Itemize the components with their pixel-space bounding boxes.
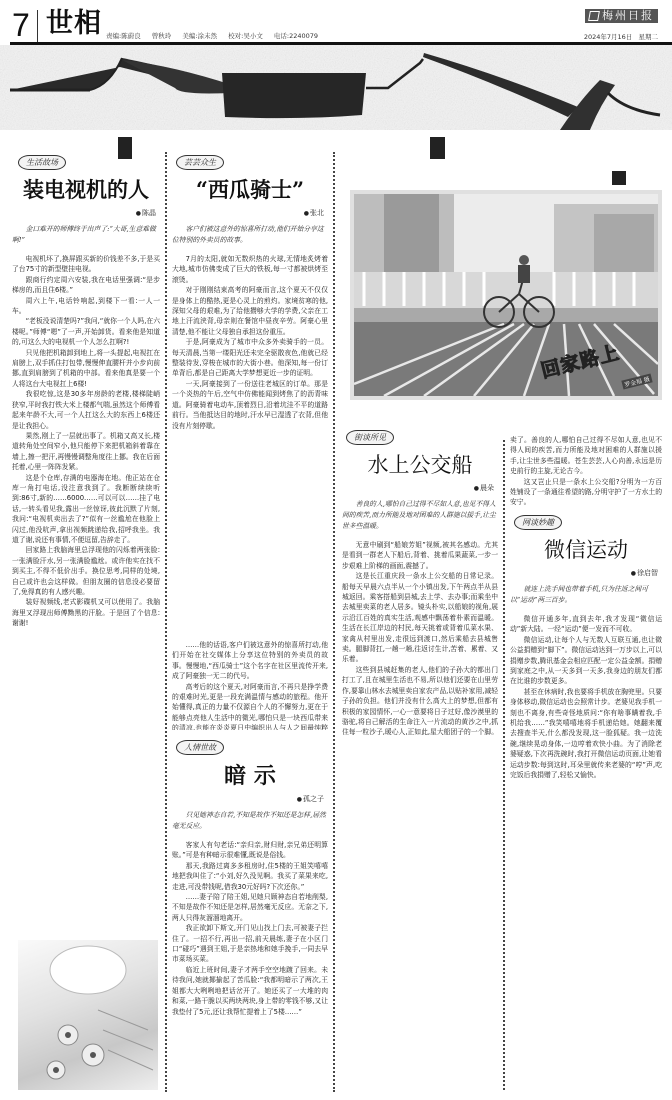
article-body: 7月的太阳,就如无数炽热的火球,无情地炙烤着大地,城市仿佛变成了巨大的铁板,每一… [172, 254, 328, 431]
paragraph: 果然,刚上了一层就出事了。机箱又高又长,楼道转角处空间窄小,他只能停下来把机箱斜… [12, 431, 160, 473]
paragraph: 我正欲卸下斯文,开门见山找上门去,可被妻子拦住了。一招不行,再出一招,前天晨练,… [172, 923, 328, 965]
paragraph: 无意中刷到“船娘芳姐”视频,被其名感动。尤其是看到一群老人下船后,背着、挑着瓜果… [342, 540, 498, 571]
credit-proofreader: 校对:吴小文 [228, 32, 263, 40]
article-byline: 徐启智 [510, 568, 658, 578]
paragraph: 这又岂止只是一条水上公交船?分明为一方百姓铺设了一条通往希望的路,分明守护了一方… [510, 477, 662, 505]
paragraph: 这些到县城赶集的老人,他们的子孙大的都出门打工了,且在城里生活也不易,所以他们还… [342, 665, 498, 738]
article-body: 微信开通多年,直到去年,我才发现“微信运动”新大陆。一经“运动”便一发而不可收。… [510, 614, 662, 781]
paragraph: ……妻子陪了陪王姐,见她只顾神态自若地削梨,不知是故作不知还是怎样,居然毫无反应… [172, 892, 328, 923]
paragraph: 装好视频线,老式影碟机又可以使用了。我脑海里又浮现出师傅黝黑的汗脸。于是回了个信… [12, 597, 160, 628]
column-divider [165, 152, 167, 1092]
column-tag: 生活故场 [18, 155, 66, 170]
paragraph: 跟商行约定周六安装,我在电话里强调:“是步梯房的,而且住6楼。” [12, 275, 160, 296]
credit-editor: 责编:陈蔚良 [106, 32, 141, 40]
issue-date: 2024年7月16日 [584, 33, 632, 41]
newspaper-logo: 梅州日报 [585, 9, 658, 23]
paper-name: 梅州日报 [602, 9, 654, 23]
article-byline: 张北 [172, 208, 324, 218]
article-wechat-steps: 网谈妙趣 微信运动 徐启智 就连上洗手间也带着手机,只为往返之间可以“运动”两三… [510, 510, 662, 1095]
daisy-illustration-icon [18, 940, 158, 1090]
article-headline: 装电视机的人 [12, 174, 160, 204]
paragraph: 周六上午,电话铃响起,到楼下一看:一人一车。 [12, 296, 160, 317]
paragraph: ……他的话语,客户们被这意外的惊喜所打动,他们开始在社交媒体上分享这位特别的外卖… [172, 640, 328, 682]
paragraph: 这是长江重庆段一条水上公交船的日常记录。船每天早晨六点半从一个小镇出发,下午两点… [342, 571, 498, 665]
article-watermelon-rider-cont: ……他的话语,客户们被这意外的惊喜所打动,他们开始在社交媒体上分享这位特别的外卖… [172, 640, 328, 730]
page-number: 7 [12, 9, 30, 41]
dateline: 2024年7月16日 星期二 [584, 32, 658, 41]
article-headline: 微信运动 [510, 534, 662, 564]
article-byline: 孤之子 [172, 794, 324, 804]
paragraph: 临近上班时间,妻子才两手空空地踱了回来。未待我问,她就揶揄起了苦瓜脸:“我都明暗… [172, 965, 328, 1017]
paragraph: 微信运动,让每个人与无数人互联互通,也让微公益捐赠到“脚下”。微信运动达到一万步… [510, 635, 662, 687]
paragraph: “老板没说清楚吗?”我问,“就你一个人吗,在六楼呢。”师傅“嗯”了一声,开始卸货… [12, 316, 160, 347]
paragraph: 这是个仓库,存满的电器海在地。他正站在仓库一角打电话,没注意我到了。我断断续续听… [12, 473, 160, 546]
column-tag: 街谈所见 [346, 430, 394, 445]
article-water-bus-cont: 卖了。善良的人,哪怕自己过得不尽如人意,也见不得人间的疾苦,而力所能及地对困难的… [510, 435, 662, 505]
article-headline: 暗 示 [172, 759, 328, 790]
masthead-divider [37, 10, 38, 44]
article-byline: 晨朵 [342, 483, 494, 493]
column-divider [503, 440, 505, 1090]
paragraph: 于是,阿豪成为了城市中众多外卖骑手的一员。每天清晨,当第一缕阳光还未完全驱散夜色… [172, 337, 328, 379]
paragraph: 客家人有句老话:“亲归亲,财归财,亲兄弟还明算账。”可是有种暗示很难懂,既说是俗… [172, 840, 328, 861]
credit-designer: 美编:涂未然 [182, 32, 217, 40]
section-title: 世相 [46, 8, 102, 40]
article-body: 卖了。善良的人,哪怕自己过得不尽如人意,也见不得人间的疾苦,而力所能及地对困难的… [510, 435, 662, 505]
credit-editor-2: 曾秋玲 [152, 32, 172, 40]
column-tag: 网谈妙趣 [514, 515, 562, 530]
article-body: 无意中刷到“船娘芳姐”视频,被其名感动。尤其是看到一群老人下船后,背着、挑着瓜果… [342, 540, 498, 738]
paragraph: 我很吃惊,这是30多年房龄的老楼,楼梯陡峭狭窄,平时我打铁大米上楼都气喘,虽然这… [12, 389, 160, 431]
logo-emblem-icon [588, 11, 600, 21]
article-lede: 善良的人,哪怕自己过得不尽如人意,也见不得人间的疾苦,而力所能及地对困难的人群施… [342, 499, 498, 532]
paragraph: 甚至在休病时,我也要将手机放在胸兜里。只要身体移动,微信运动也会照常计步。老婆见… [510, 687, 662, 781]
article-body: ……他的话语,客户们被这意外的惊喜所打动,他们开始在社交媒体上分享这位特别的外卖… [172, 640, 328, 730]
column-tag: 芸芸众生 [176, 155, 224, 170]
article-lede: 金口难开的师傅终于出声了:“大哥,生意难做啊!” [12, 224, 160, 246]
column-tag: 人情世故 [176, 740, 224, 755]
paragraph: 只见他把机箱卸到地上,将一头提起,电视扛在肩膀上,双手抓住打包带,慢慢伸直腰杆并… [12, 348, 160, 390]
issue-weekday: 星期二 [639, 33, 659, 41]
featured-photo: 回家路上 罗金福 摄 [350, 190, 662, 400]
column-divider [333, 152, 335, 1092]
credit-phone: 电话:2240079 [274, 32, 318, 40]
roofline-art-icon [0, 45, 672, 130]
article-body: 电视机坏了,换屏跟买新的价钱差不多,于是买了台75寸的新型壁挂电视。 跟商行约定… [12, 254, 160, 629]
paragraph: 回家路上我脑海里总浮现他的闪烁着两张脸:一张满脸汗水,另一张满脸尴尬。或许他实在… [12, 545, 160, 597]
paragraph: 微信开通多年,直到去年,我才发现“微信运动”新大陆。一经“运动”便一发而不可收。 [510, 614, 662, 635]
paragraph: 对于刚刚结束高考的阿豪而言,这个夏天不仅仅是身体上的酷热,更是心灵上的煎灼。家境… [172, 285, 328, 337]
decorative-roof-banner [0, 45, 672, 130]
article-lede: 就连上洗手间也带着手机,只为往返之间可以“运动”两三百步。 [510, 584, 662, 606]
article-headline: 水上公交船 [342, 449, 498, 479]
article-hint: 人情世故 暗 示 孤之子 只见她神态自若,不知是故作不知还是怎样,居然毫无反应。… [172, 735, 328, 1090]
article-headline: “西瓜骑士” [172, 174, 328, 204]
paragraph: 一天,阿豪接到了一份送往老城区的订单。那是一个炎热的午后,空气中仿佛能闻到烤焦了… [172, 379, 328, 431]
article-lede: 客户们被这意外的惊喜所打动,他们开始分享这位特别的外卖员的故事。 [172, 224, 328, 246]
decorative-square [612, 171, 626, 185]
decorative-flower-photo [18, 940, 158, 1090]
editor-credits: 责编:陈蔚良 曾秋玲 美编:涂未然 校对:吴小文 电话:2240079 [106, 31, 327, 40]
paragraph: 电视机坏了,换屏跟买新的价钱差不多,于是买了台75寸的新型壁挂电视。 [12, 254, 160, 275]
article-body: 客家人有句老话:“亲归亲,财归财,亲兄弟还明算账。”可是有种暗示很难懂,既说是俗… [172, 840, 328, 1017]
article-watermelon-rider: 芸芸众生 “西瓜骑士” 张北 客户们被这意外的惊喜所打动,他们开始分享这位特别的… [172, 150, 328, 630]
article-byline: 陈晶 [12, 208, 156, 218]
decorative-square [430, 137, 445, 159]
article-water-bus: 街谈所见 水上公交船 晨朵 善良的人,哪怕自己过得不尽如人意,也见不得人间的疾苦… [342, 425, 498, 1090]
paragraph: 高考后的这个夏天,对阿豪而言,不再只是挣学费的艰难时光,更是一段充满温情与感动的… [172, 682, 328, 730]
paragraph: 那天,我路过离多多租房时,住5楼的王姐笑嘻嘻地把我叫住了:“小刘,好久没见啊。我… [172, 861, 328, 892]
paragraph: 卖了。善良的人,哪怕自己过得不尽如人意,也见不得人间的疾苦,而力所能及地对困难的… [510, 435, 662, 477]
article-lede: 只见她神态自若,不知是故作不知还是怎样,居然毫无反应。 [172, 810, 328, 832]
paragraph: 7月的太阳,就如无数炽热的火球,无情地炙烤着大地,城市仿佛变成了巨大的铁板,每一… [172, 254, 328, 285]
page-masthead: 7 世相 责编:陈蔚良 曾秋玲 美编:涂未然 校对:吴小文 电话:2240079… [0, 0, 672, 44]
